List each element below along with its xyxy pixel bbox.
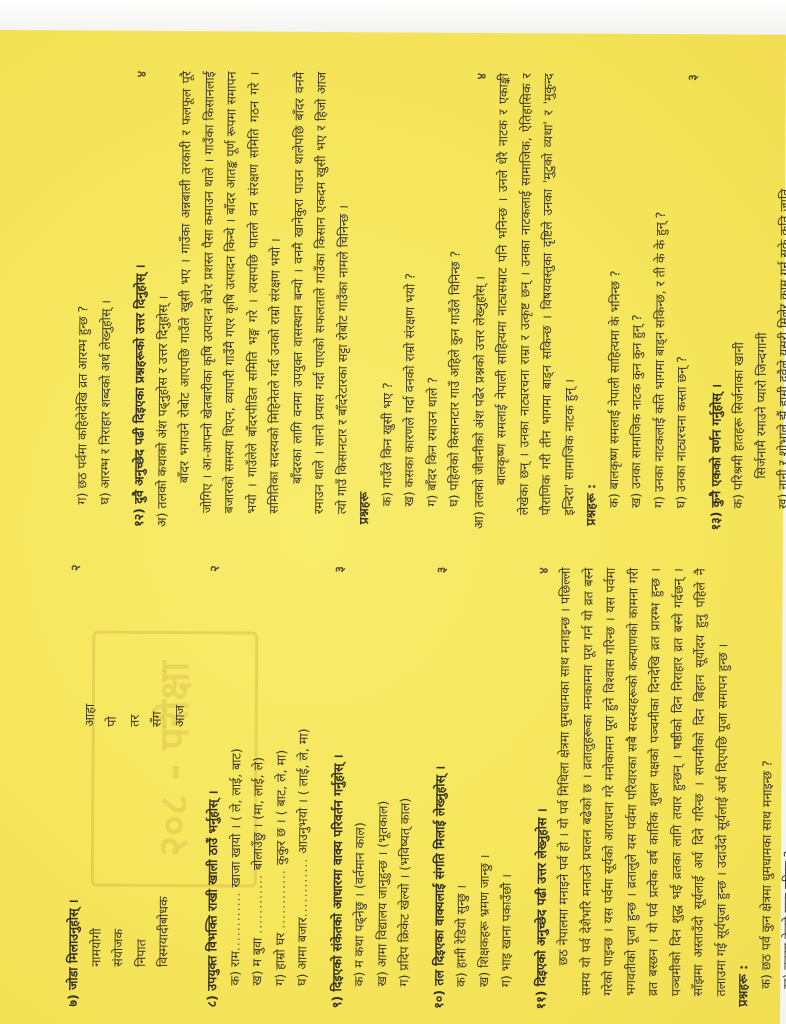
marks: ३ [328, 566, 351, 573]
list-item: ग) बाँदर किन रमाउन थाले ? [420, 73, 445, 529]
right-column: ग) छठ पर्वमा कहिलेदेखि व्रत आरम्भ हुन्छ … [0, 30, 786, 541]
list-item: घ) पहिलेको किसानटार गाउँ अहिले कुन गाउँल… [443, 73, 468, 529]
poem-option: क) परिश्रमी हातहरू सिर्जनाका खानी सिर्जन… [727, 74, 775, 530]
story-passage: बाँदर भगाउने रोबोट आएपछि गाउँले खुसी भए … [173, 71, 288, 528]
list-item: क) बालकृष्ण समलाई नेपाली साहित्यमा के भन… [602, 74, 627, 530]
list-item: ख) उनका सामाजिक नाटक कुन कुन हुन् ? [625, 74, 650, 530]
reading-passage: छठ नेपालमा मनाइने पर्व हो । यो पर्व मिथि… [552, 567, 735, 1010]
fill-blank-item: क) राम............ खाजा खायो । ( ले, लाई… [224, 565, 249, 1007]
marks: २ [204, 565, 227, 572]
story-passage: बाँदरका लागि वनमा उपयुक्त वासस्थान बन्यो… [285, 72, 355, 528]
marks: ४ [470, 73, 493, 80]
biography-passage: बालकृष्ण समलाई नेपाली साहित्यमा नाट्यसम्… [490, 73, 583, 530]
question-heading: ७) जोडा मिलाउनुहोस् । [62, 564, 87, 1006]
list-item: ग) उनका नाटकलाई कति भागमा बाड्न सकिन्छ, … [647, 74, 672, 530]
list-item: ख) आमा विद्यालय जानुहुन्छ । (भूतकाल) [371, 566, 396, 1008]
exam-paper: २०८ - परीक्षा ७) जोडा मिलाउनुहोस् । २ ना… [0, 30, 786, 1024]
left-column: २०८ - परीक्षा ७) जोडा मिलाउनुहोस् । २ ना… [0, 554, 783, 1024]
questions-label: प्रश्नहरू [353, 72, 378, 528]
question-9: ९) दिइएको संकेतको आधारमा वाक्य परिवर्तन … [326, 566, 419, 1009]
questions-label: प्रश्नहरू : [732, 568, 757, 1010]
part-b: आ) तलको जीवनीको अंश पढेर प्रश्नको उत्तर … [467, 73, 695, 530]
question-8: ८) उपयुक्त विभक्ति राखी खाली ठाउँ भर्नुह… [201, 565, 316, 1008]
match-left-list: नामयोगी संयोजक निपात विस्मयादीबोधक [85, 727, 191, 968]
rotated-sheet: २०८ - परीक्षा ७) जोडा मिलाउनुहोस् । २ ना… [0, 30, 786, 1024]
marks: ४ [532, 567, 555, 574]
poem-option: ख) नानी र शोभाले झैं हामी दुवैले यसरी मि… [772, 75, 786, 531]
question-11-continued: ग) छठ पर्वमा कहिलेदेखि व्रत आरम्भ हुन्छ … [71, 70, 119, 526]
marks: ३ [430, 567, 453, 574]
list-item: क) म कथा पढ्नेछु । (वर्तमान काल) [348, 566, 373, 1008]
marks: ३ [681, 74, 704, 81]
fill-blank-item: ग) हाम्रो घर ............ कुकुर छ । ( बा… [269, 566, 294, 1008]
list-item: ग) प्रदिप क्रिकेट खेल्यो । (भविष्यत् काल… [393, 566, 418, 1008]
marks: ४ [131, 71, 154, 78]
marks: २ [65, 564, 88, 571]
list-item: ग) छठ पर्वमा कहिलेदेखि व्रत आरम्भ हुन्छ … [71, 70, 96, 526]
match-table: नामयोगी संयोजक निपात विस्मयादीबोधक आहा प… [85, 565, 192, 1008]
list-item: क) गाउँले किन खुसी भए ? [375, 72, 400, 528]
list-item: ग) भाइ खाना पकाउँछौ । [495, 567, 520, 1009]
list-item: घ) आरम्भ र निराहार शब्दको अर्थ लेख्नुहोस… [93, 71, 118, 527]
question-13: १३) कुनै एककाे वर्णन गर्नुहोस् । ३ क) पर… [704, 74, 786, 531]
part-a-heading: अ) तलको कथाको अंश पढ्नुहोस र उत्तर दिनुह… [150, 71, 175, 527]
list-item: ख) कसका कारणले गर्दा वनको राम्रो संरक्षण… [398, 72, 423, 528]
fill-blank-item: ख) म बुवा ............ बोलाउँछु । (मा, ल… [246, 566, 271, 1008]
question-7: ७) जोडा मिलाउनुहोस् । २ नामयोगी संयोजक न… [62, 564, 192, 1007]
list-item: ख) शिक्षकहरू भ्रमण जान्छु । [473, 567, 498, 1009]
list-item: घ) उनका नाट्यरचना कस्ता छन् ? [670, 74, 695, 530]
question-12: १२) दुवै अनुच्छेद पढी दिइएका प्रश्नहरूको… [128, 71, 695, 530]
question-11: ११) दिइएको अनुच्छेद पढी उत्तर लेख्नुहोस … [530, 567, 786, 1011]
list-item: क) छठ पर्व कुन क्षेत्रमा धुमधामका साथ मन… [755, 569, 780, 1011]
questions-label: प्रश्नहरू : [580, 74, 605, 530]
match-right-list: आहा पो तर सँग आज [78, 704, 191, 727]
question-10: १०) तल दिइएका वाक्यलाई संगति मिलाई लेख्न… [428, 567, 521, 1010]
list-item: क) हामी रेडियो सुन्छु । [450, 567, 475, 1009]
fill-blank-item: घ) आमा बजार............ आउनुभयो । ( लाई,… [291, 566, 316, 1008]
